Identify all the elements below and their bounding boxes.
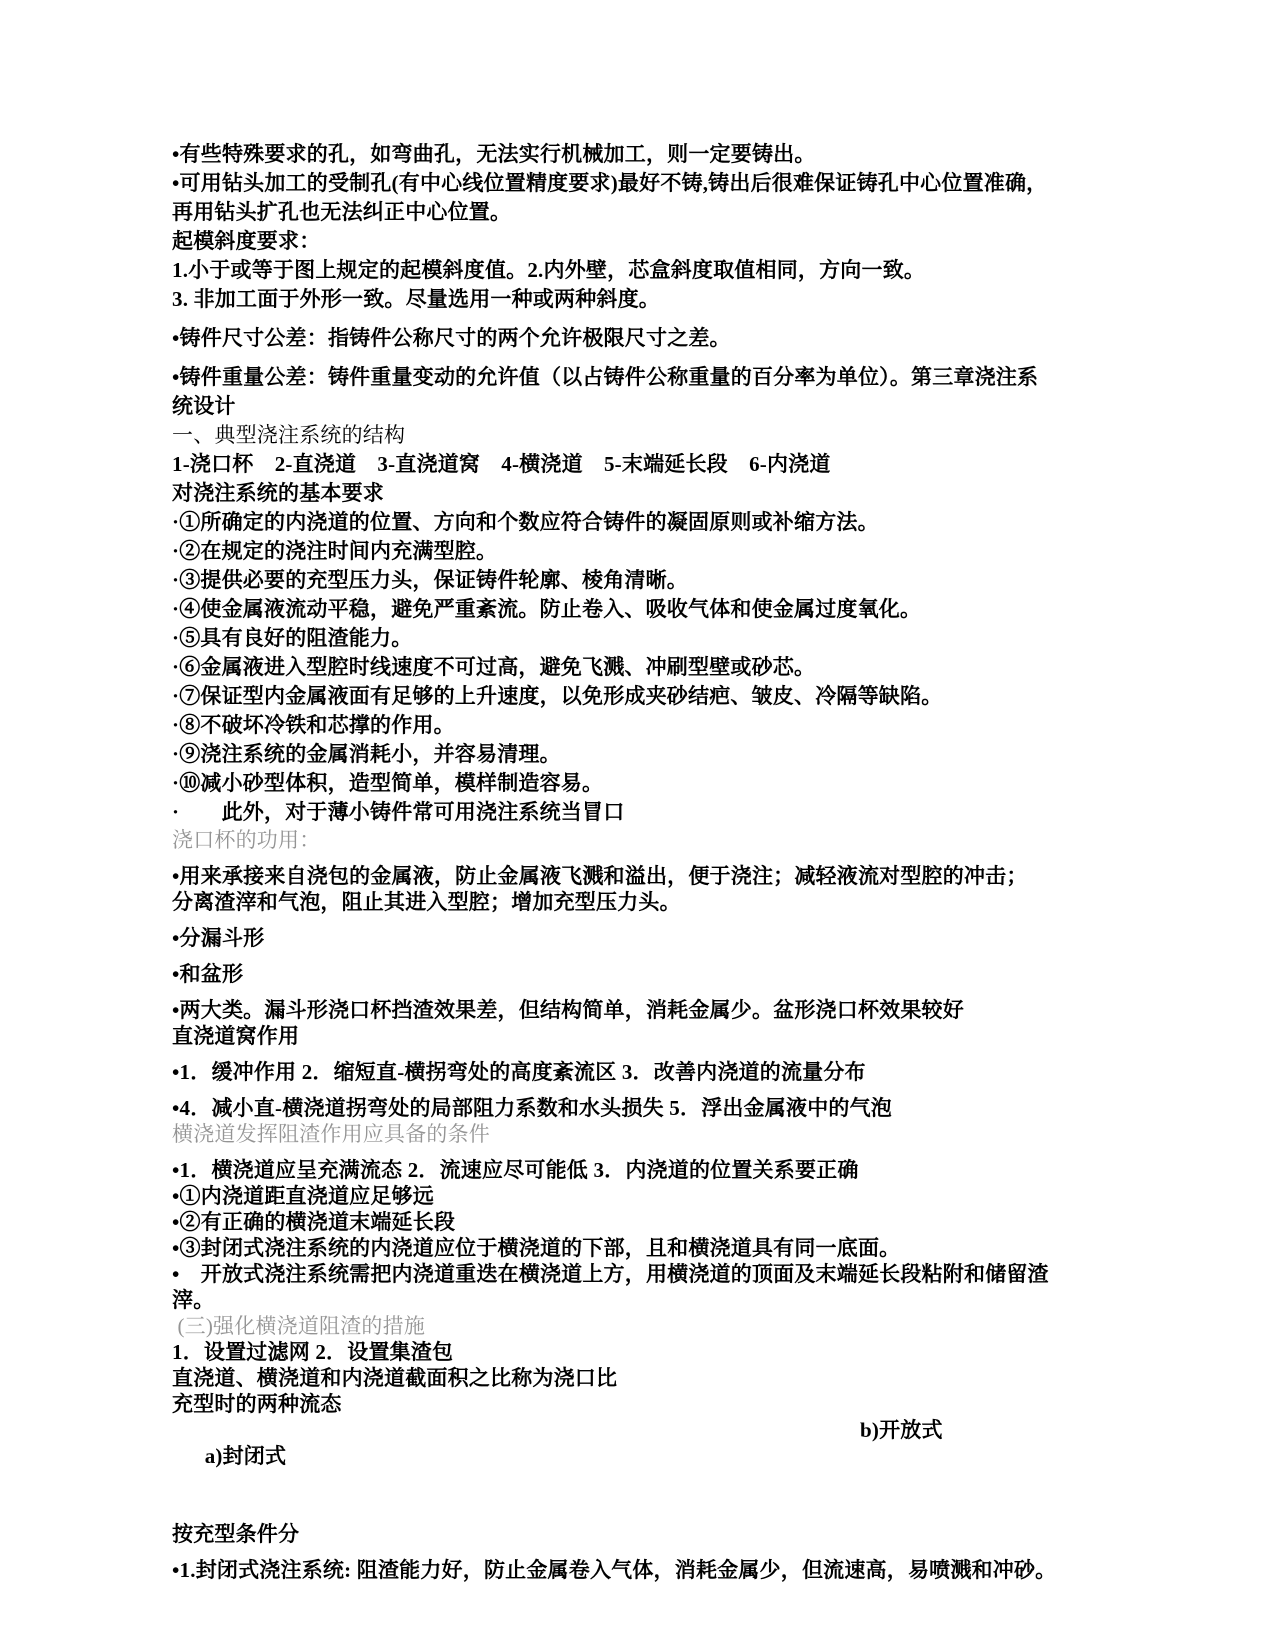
text-line: · 此外，对于薄小铸件常可用浇注系统当冒口 xyxy=(172,798,1132,827)
text-line: •③封闭式浇注系统的内浇道应位于横浇道的下部，且和横浇道具有同一底面。 xyxy=(172,1235,1132,1261)
label-open-type: b)开放式 xyxy=(860,1417,943,1443)
text-line: ·④使金属液流动平稳，避免严重紊流。防止卷入、吸收气体和使金属过度氧化。 xyxy=(172,595,1132,624)
section-heading: 横浇道发挥阻渣作用应具备的条件 xyxy=(172,1121,1132,1147)
text-line: ·⑧不破坏冷铁和芯撑的作用。 xyxy=(172,711,1132,740)
text-line: 按充型条件分 xyxy=(172,1521,1132,1547)
text-line: 起模斜度要求： xyxy=(172,227,1132,256)
text-line: •4．减小直-横浇道拐弯处的局部阻力系数和水头损失 5．浮出金属液中的气泡 xyxy=(172,1095,1132,1121)
text-line: •可用钻头加工的受制孔(有中心线位置精度要求)最好不铸,铸出后很难保证铸孔中心位… xyxy=(172,169,1132,198)
section-heading: 浇口杯的功用： xyxy=(172,827,1132,853)
text-line: 直浇道、横浇道和内浇道截面积之比称为浇口比 xyxy=(172,1365,1132,1391)
text-line: 再用钻头扩孔也无法纠正中心位置。 xyxy=(172,198,1132,227)
text-line: ·⑩减小砂型体积，造型简单，模样制造容易。 xyxy=(172,769,1132,798)
text-line: ·①所确定的内浇道的位置、方向和个数应符合铸件的凝固原则或补缩方法。 xyxy=(172,508,1132,537)
text-line: •铸件重量公差：铸件重量变动的允许值（以占铸件公称重量的百分率为单位）。第三章浇… xyxy=(172,363,1132,392)
text-line: 1-浇口杯 2-直浇道 3-直浇道窝 4-横浇道 5-末端延长段 6-内浇道 xyxy=(172,450,1132,479)
section-heading: (三)强化横浇道阻渣的措施 xyxy=(172,1313,1132,1339)
text-line: 直浇道窝作用 xyxy=(172,1023,1132,1049)
text-line: •1.封闭式浇注系统: 阻渣能力好，防止金属卷入气体，消耗金属少，但流速高，易喷… xyxy=(172,1557,1132,1583)
text-line: ·③提供必要的充型压力头，保证铸件轮廓、棱角清晰。 xyxy=(172,566,1132,595)
text-line: ·⑦保证型内金属液面有足够的上升速度，以免形成夹砂结疤、皱皮、冷隔等缺陷。 xyxy=(172,682,1132,711)
text-line: 1．设置过滤网 2．设置集渣包 xyxy=(172,1339,1132,1365)
text-line: •①内浇道距直浇道应足够远 xyxy=(172,1183,1132,1209)
text-line: •有些特殊要求的孔，如弯曲孔，无法实行机械加工，则一定要铸出。 xyxy=(172,140,1132,169)
text-line: 充型时的两种流态 xyxy=(172,1391,1132,1417)
text-line: 统设计 xyxy=(172,392,1132,421)
text-line: •和盆形 xyxy=(172,961,1132,987)
text-line: ·⑨浇注系统的金属消耗小，并容易清理。 xyxy=(172,740,1132,769)
document-page: •有些特殊要求的孔，如弯曲孔，无法实行机械加工，则一定要铸出。 •可用钻头加工的… xyxy=(0,0,1275,1650)
text-line-figure-labels: a)封闭式 b)开放式 xyxy=(172,1417,1132,1521)
text-line: •1．缓冲作用 2．缩短直-横拐弯处的高度紊流区 3．改善内浇道的流量分布 xyxy=(172,1059,1132,1085)
text-line: •两大类。漏斗形浇口杯挡渣效果差，但结构简单，消耗金属少。盆形浇口杯效果较好 xyxy=(172,997,1132,1023)
text-line: 1.小于或等于图上规定的起模斜度值。2.内外壁，芯盒斜度取值相同，方向一致。 xyxy=(172,256,1132,285)
text-line: •1．横浇道应呈充满流态 2．流速应尽可能低 3．内浇道的位置关系要正确 xyxy=(172,1157,1132,1183)
text-line: •铸件尺寸公差：指铸件公称尺寸的两个允许极限尺寸之差。 xyxy=(172,324,1132,353)
text-line: 分离渣滓和气泡，阻止其进入型腔；增加充型压力头。 xyxy=(172,889,1132,915)
text-line: •②有正确的横浇道末端延长段 xyxy=(172,1209,1132,1235)
document-content: •有些特殊要求的孔，如弯曲孔，无法实行机械加工，则一定要铸出。 •可用钻头加工的… xyxy=(172,140,1132,1583)
text-line: ·⑥金属液进入型腔时线速度不可过高，避免飞溅、冲刷型壁或砂芯。 xyxy=(172,653,1132,682)
text-line: •用来承接来自浇包的金属液，防止金属液飞溅和溢出，便于浇注；减轻液流对型腔的冲击… xyxy=(172,863,1132,889)
label-closed-type: a)封闭式 xyxy=(205,1444,287,1468)
section-title: 一、典型浇注系统的结构 xyxy=(172,421,1132,450)
text-line: • 开放式浇注系统需把内浇道重迭在横浇道上方，用横浇道的顶面及末端延长段粘附和储… xyxy=(172,1261,1132,1287)
text-line: •分漏斗形 xyxy=(172,925,1132,951)
text-line: ·②在规定的浇注时间内充满型腔。 xyxy=(172,537,1132,566)
text-line: 3. 非加工面于外形一致。尽量选用一种或两种斜度。 xyxy=(172,285,1132,314)
text-line: ·⑤具有良好的阻渣能力。 xyxy=(172,624,1132,653)
text-line: 滓。 xyxy=(172,1287,1132,1313)
text-line: 对浇注系统的基本要求 xyxy=(172,479,1132,508)
